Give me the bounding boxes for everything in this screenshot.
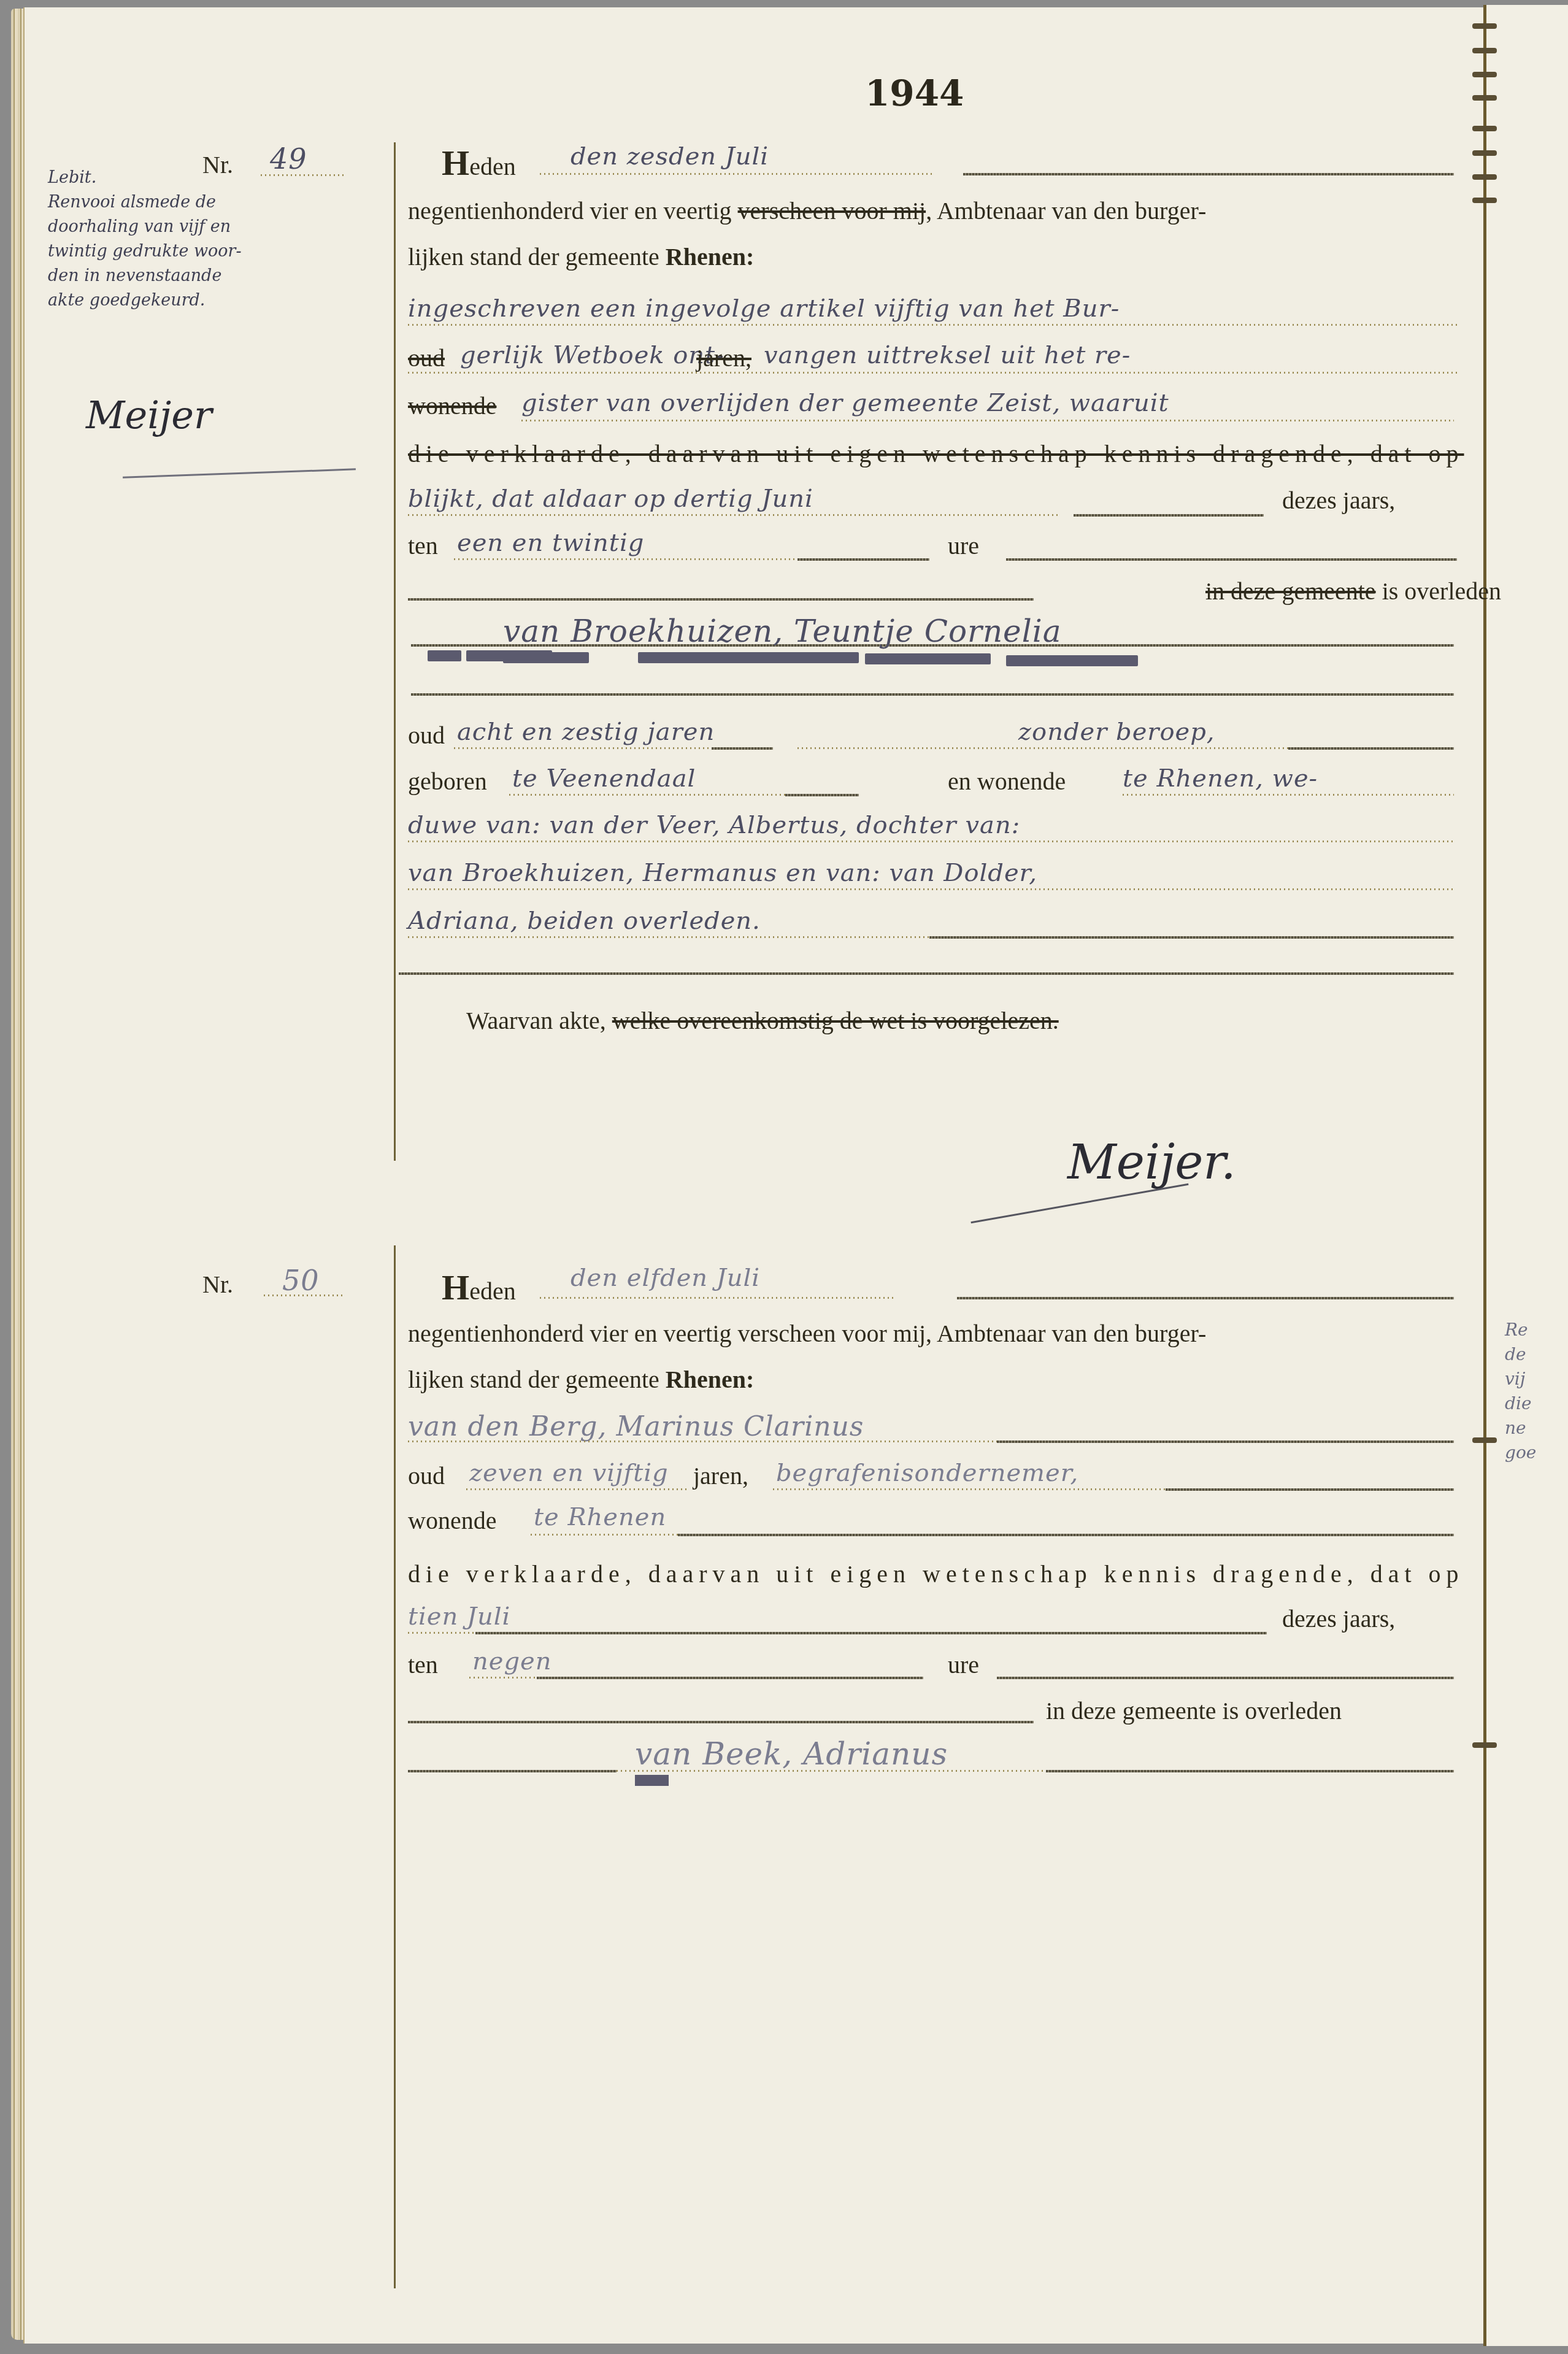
column-divider [394,142,396,1161]
fill-rule [475,1632,1267,1634]
facing-page: Re de vij die ne goe [1483,5,1568,2346]
line-dots [408,324,1457,326]
binding-stitch [1472,150,1497,156]
fill-rule [797,558,929,561]
fill-rule [997,1677,1454,1679]
residence: te Rhenen, we- [1123,764,1318,793]
surname-underline [503,652,589,663]
oud-label: oud [408,1461,445,1490]
margin-note-line: twintig gedrukte woor- [48,239,367,264]
line-dots [617,1770,1046,1772]
surname-underline [638,652,859,663]
printed-line: negentienhonderd vier en veertig versche… [408,196,1206,225]
declarant-name: van den Berg, Marinus Clarinus [408,1411,864,1442]
dezes-jaars: dezes jaars, [1282,1604,1395,1633]
oud-label: oud [408,721,445,750]
wonende-label: wonende [408,1506,496,1535]
fill-rule [1074,514,1264,517]
binding-stitch [1472,126,1497,131]
occupation: zonder beroep, [1018,718,1215,746]
line-dots [408,936,929,938]
act-date: den zesden Juli [571,142,769,171]
printed-line: lijken stand der gemeente Rhenen: [408,242,754,271]
fragment-line: goe [1505,1440,1536,1465]
margin-note-line: Renvooi alsmede de [48,190,367,215]
struck-text: in deze gemeente [1205,577,1376,605]
hour: een en twintig [457,529,644,557]
printed-line: lijken stand der gemeente Rhenen: [408,1365,754,1394]
printed-line: negentienhonderd vier en veertig versche… [408,1319,1206,1348]
birthplace: te Veenendaal [512,764,696,793]
binding-stitch [1472,95,1497,101]
fill-rule [785,794,859,796]
act-number: 50 [282,1264,320,1297]
jaren-label: jaren, [693,1461,748,1490]
printed-text: , Ambtenaar van den burger- [926,197,1206,225]
margin-annotation: Lebit. Renvooi alsmede de doorhaling van… [48,166,367,313]
struck-text: welke overeenkomstig de wet is voorgelez… [612,1007,1059,1034]
line-dots [469,1677,537,1679]
margin-signature: Meijer [86,393,212,437]
fill-rule [957,1297,1454,1299]
wonende-label: en wonende [948,767,1066,796]
handwritten-line: blijkt, dat aldaar op dertig Juni [408,485,813,513]
act-number-label: Nr. [202,1270,233,1299]
handwritten-line: gerlijk Wetboek ont- [460,341,724,369]
family-line: Adriana, beiden overleden. [408,907,761,935]
fill-rule [1166,1488,1454,1491]
family-line: van Broekhuizen, Hermanus en van: van Do… [408,859,1037,887]
fill-rule [1046,1770,1454,1772]
deceased-name: van Beek, Adrianus [635,1736,948,1772]
line-dots [408,372,1457,374]
verklaarde-line: die verklaarde, daarvan uit eigen wetens… [408,1560,1464,1588]
line-dots [1123,794,1454,796]
binding-stitch [1472,1742,1497,1748]
line-dots [408,840,1454,842]
line-dots [454,747,712,749]
ure-label: ure [948,531,979,560]
register-page [23,7,1491,2344]
line-dots [408,888,1454,890]
dezes-jaars: dezes jaars, [1282,486,1395,515]
fill-rule [712,747,773,750]
printed-text: lijken stand der gemeente [408,243,659,271]
fill-rule [408,1770,617,1772]
column-divider [394,1245,396,2288]
margin-note-line: den in nevenstaande [48,264,367,288]
closing-line: Waarvan akte, welke overeenkomstig de we… [466,1006,1059,1035]
act-date: den elfden Juli [571,1264,760,1292]
fill-rule [537,1677,923,1679]
heden-label: Heden [442,1267,516,1308]
fill-rule [678,1534,1454,1536]
printed-year: negentienhonderd vier en veertig [408,197,732,225]
margin-note-line: Lebit. [48,166,367,190]
deceased-name: van Broekhuizen, Teuntje Cornelia [503,614,1062,649]
line-dots [466,1488,687,1490]
age: acht en zestig jaren [457,718,715,746]
line-dots [797,747,1288,749]
overleden-line: in deze gemeente is overleden [1046,1696,1342,1725]
struck-text: wonende [408,391,496,420]
fill-rule [408,1721,1034,1723]
binding-stitch [1472,198,1497,203]
given-name-underline [865,653,991,664]
struck-text: verscheen voor mij [738,197,926,225]
ten-label: ten [408,531,438,560]
fill-rule [1288,747,1454,750]
line-dots [408,1632,475,1634]
line-dots [773,1488,1166,1490]
line-dots [509,794,785,796]
binding-stitch [1472,72,1497,77]
family-line: duwe van: van der Veer, Albertus, dochte… [408,811,1020,839]
declarant-occupation: begrafenisondernemer, [776,1459,1078,1487]
binding-stitch [1472,48,1497,53]
ten-label: ten [408,1650,438,1679]
heden-label: Heden [442,142,516,183]
binding-stitch [1472,23,1497,29]
fill-rule [963,173,1454,175]
struck-text: jaren, [696,344,751,372]
page-year: 1944 [865,72,964,114]
line-dots [454,558,797,560]
margin-note-line: akte goedgekeurd. [48,288,367,313]
handwritten-line: ingeschreven een ingevolge artikel vijft… [408,294,1120,323]
fill-rule [411,693,1454,696]
handwritten-line: vangen uittreksel uit het re- [764,341,1131,369]
fragment-line: vij [1505,1367,1536,1391]
fill-rule [1006,558,1457,561]
facing-page-margin-note: Re de vij die ne goe [1505,1318,1536,1465]
line-dots [521,420,1454,421]
surname-underline [635,1775,669,1786]
ure-label: ure [948,1650,979,1679]
struck-text: die verklaarde, daarvan uit eigen wetens… [408,439,1464,468]
fill-rule [997,1440,1454,1443]
struck-text: oud [408,344,445,372]
overleden-line: in deze gemeente is overleden [1205,577,1501,606]
line-dots [408,514,1058,516]
fragment-line: Re [1505,1318,1536,1342]
margin-note-line: doorhaling van vijf en [48,215,367,239]
declarant-residence: te Rhenen [534,1503,666,1531]
given-name-underline [1006,655,1138,666]
fill-rule [929,936,1454,939]
surname-underline [428,650,461,661]
municipality: Rhenen: [666,243,754,271]
fragment-line: die [1505,1391,1536,1416]
date-dots [540,1297,896,1299]
fragment-line: de [1505,1342,1536,1367]
death-date: tien Juli [408,1602,510,1631]
hour: negen [472,1647,551,1675]
geboren-label: geboren [408,767,487,796]
official-signature: Meijer. [1067,1135,1236,1190]
municipality: Rhenen: [666,1366,754,1393]
printed-text: Waarvan akte, [466,1007,606,1034]
declarant-age: zeven en vijftig [469,1459,669,1487]
line-dots [408,1440,997,1442]
date-dots [540,173,932,175]
printed-text: lijken stand der gemeente [408,1366,659,1393]
binding-stitch [1472,174,1497,180]
fragment-line: ne [1505,1416,1536,1440]
fill-rule [408,598,1034,601]
line-dots [531,1534,678,1536]
printed-text: is overleden [1382,577,1501,605]
fill-rule [399,972,1454,975]
binding-stitch [1472,1437,1497,1443]
handwritten-line: gister van overlijden der gemeente Zeist… [521,389,1169,417]
